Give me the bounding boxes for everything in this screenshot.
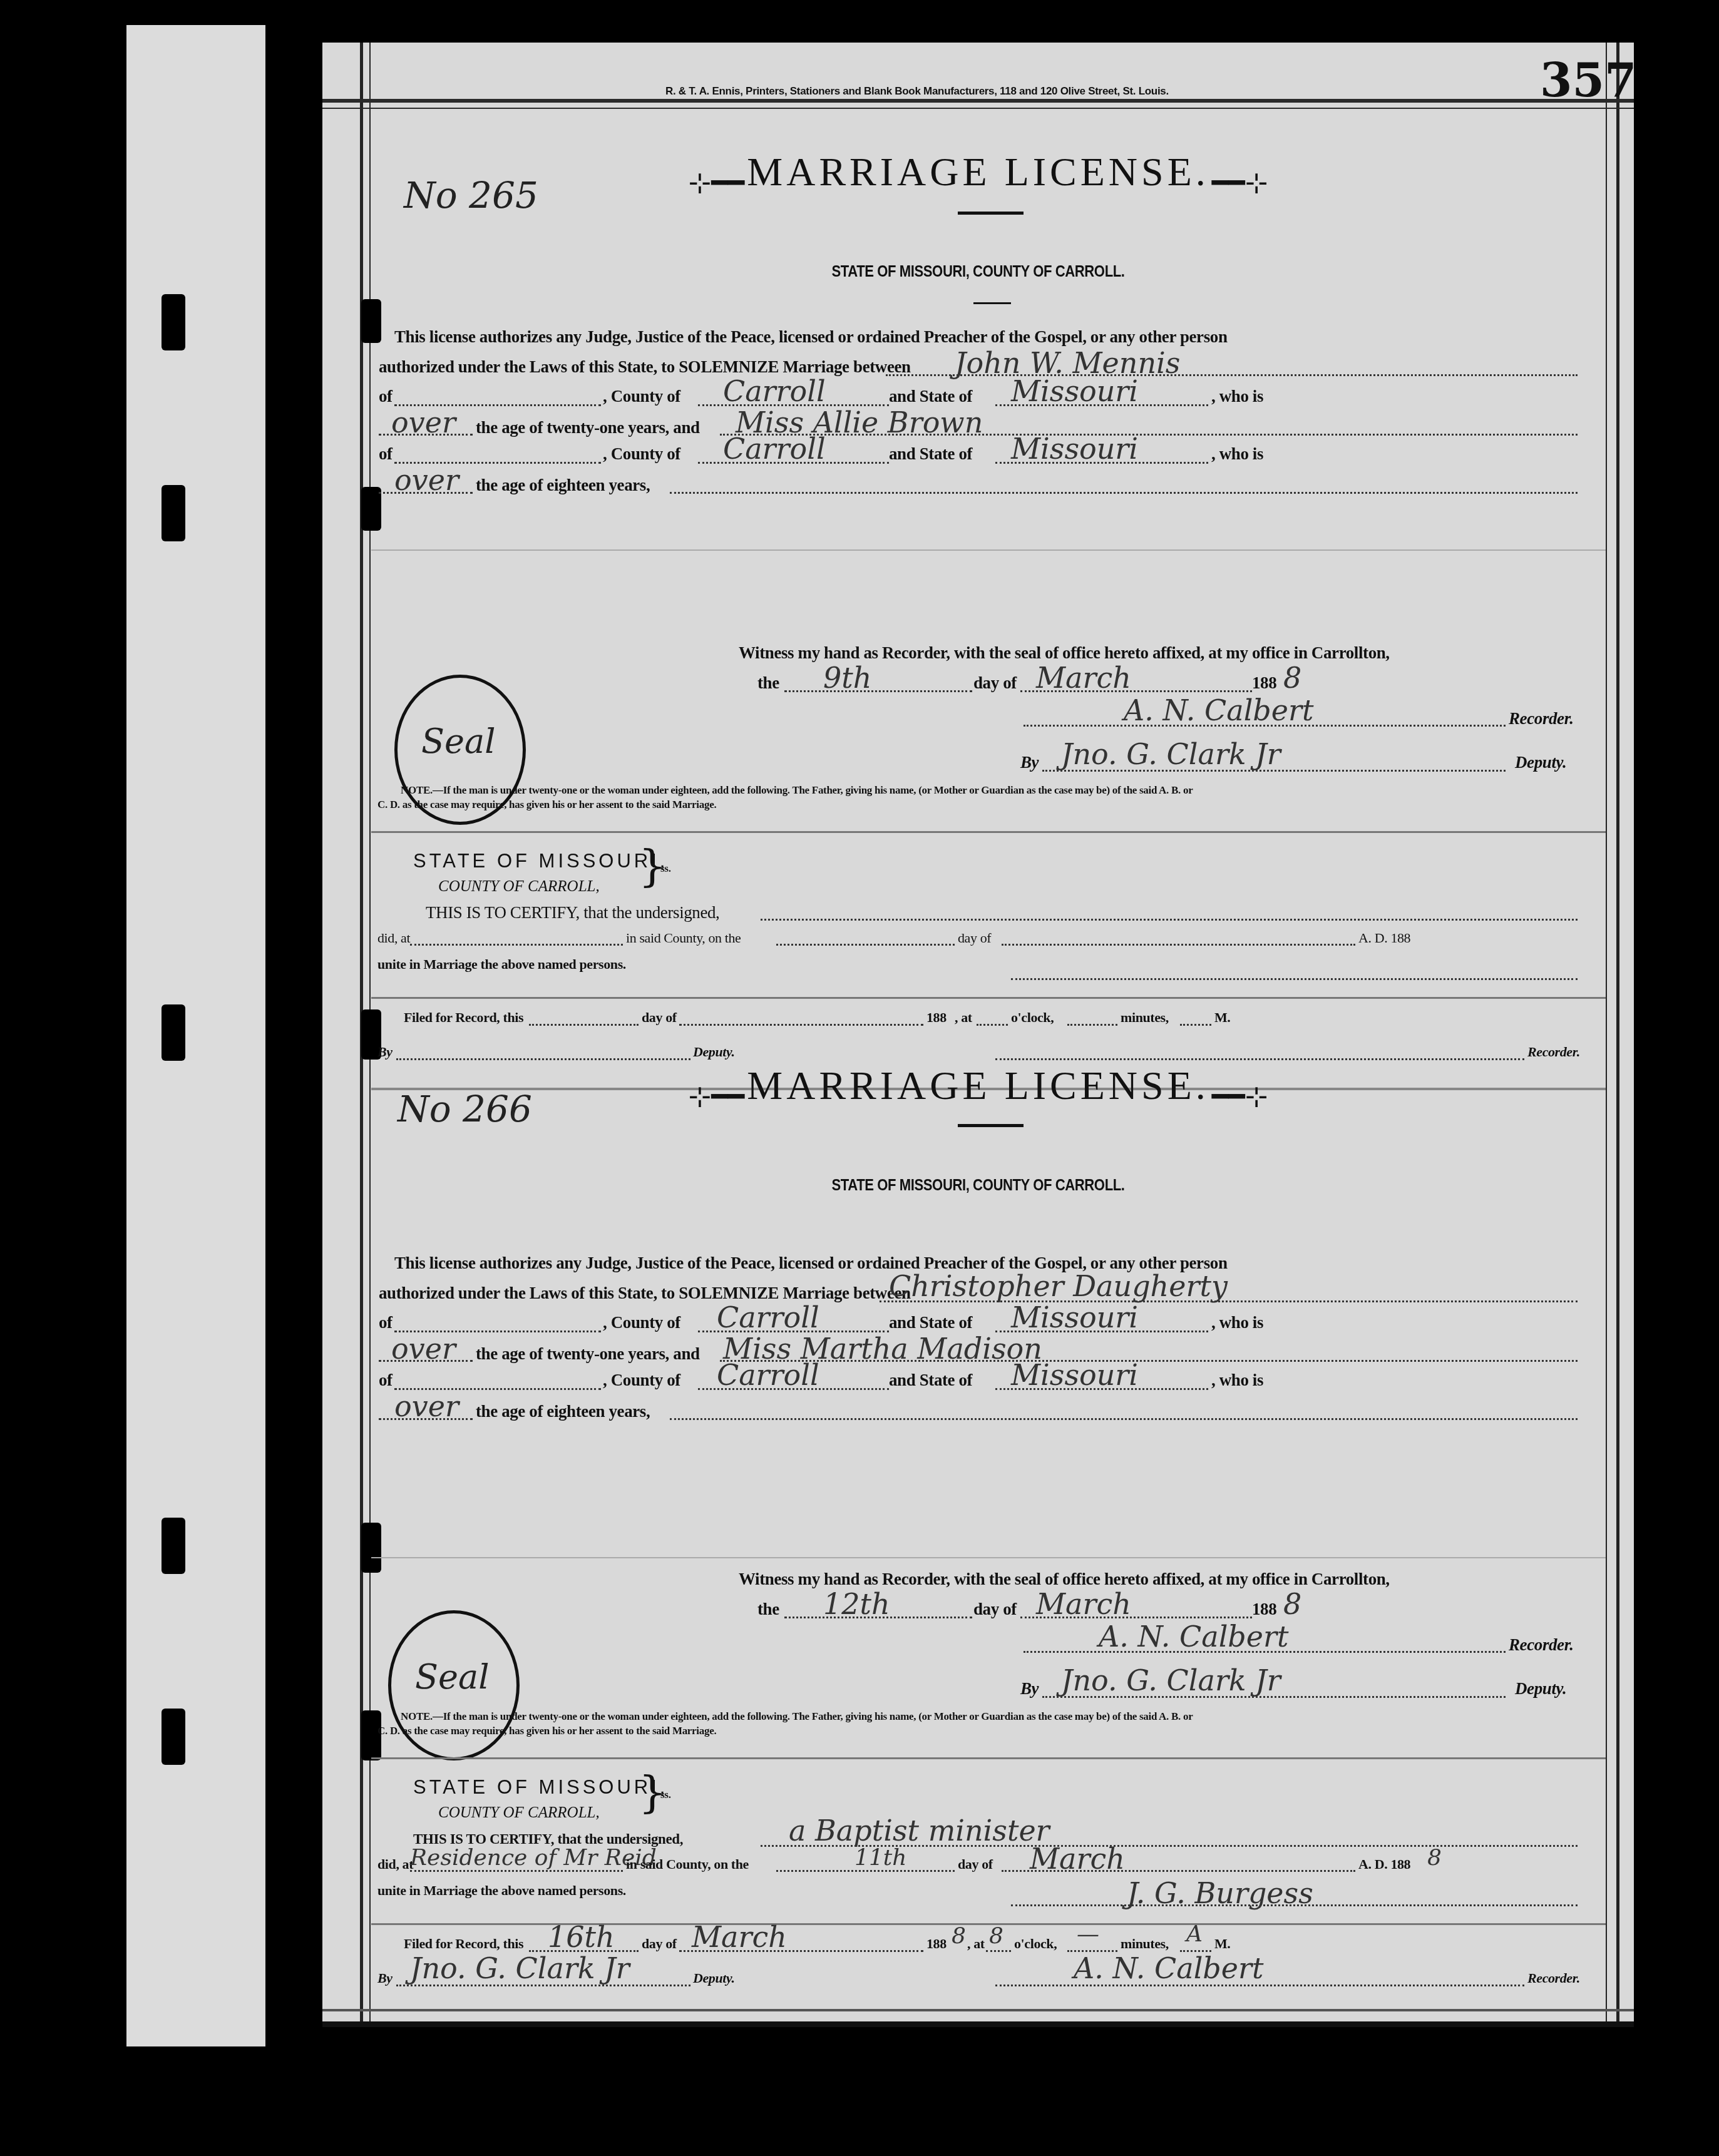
label-deputy: Deputy. — [1515, 1679, 1566, 1699]
witness-day: 9th — [823, 661, 871, 695]
certify-year: 8 — [1427, 1845, 1442, 1871]
groom-age: over — [391, 406, 456, 439]
label-day-of: day of — [958, 1856, 993, 1872]
groom-county: Carroll — [723, 374, 826, 408]
label-age-21: the age of twenty-one years, and — [476, 1344, 700, 1364]
witness-text: Witness my hand as Recorder, with the se… — [739, 643, 1390, 663]
label-who-is: , who is — [1211, 1313, 1263, 1332]
filed-month: March — [692, 1920, 787, 1954]
unite-text: unite in Marriage the above named person… — [377, 956, 626, 973]
label-who-is: , who is — [1211, 1371, 1263, 1390]
label-of: of — [379, 444, 393, 464]
label-oclock: o'clock, — [1011, 1009, 1054, 1026]
dotted-line — [410, 944, 623, 946]
dotted-line — [977, 1024, 1008, 1026]
label-at: , at — [955, 1009, 972, 1026]
ornament-icon: ━━⊹ — [1212, 168, 1268, 198]
state-heading: STATE OF MISSOURI, — [413, 850, 668, 872]
bride-age: over — [394, 463, 459, 497]
label-the: the — [757, 1600, 779, 1619]
groom-state: Missouri — [1011, 374, 1138, 408]
filed-recorder-signature: A. N. Calbert — [1074, 1951, 1264, 1985]
label-day-of: day of — [642, 1009, 677, 1026]
bride-age: over — [394, 1389, 459, 1423]
label-recorder: Recorder. — [1509, 1635, 1574, 1655]
label-by: By — [1020, 1679, 1039, 1699]
dotted-line — [1011, 978, 1578, 980]
punch-hole — [361, 1523, 381, 1573]
deputy-signature: Jno. G. Clark Jr — [1061, 737, 1281, 771]
witness-year: 8 — [1283, 661, 1301, 695]
label-of: of — [379, 387, 393, 406]
bride-county: Carroll — [723, 432, 826, 466]
witness-year: 8 — [1283, 1587, 1301, 1621]
label-age-18: the age of eighteen years, — [476, 1402, 650, 1421]
label-ad: A. D. 188 — [1358, 1856, 1410, 1872]
divider — [958, 212, 1024, 215]
section-rule — [371, 997, 1606, 999]
label-county-of: , County of — [603, 444, 680, 464]
bride-state: Missouri — [1011, 1358, 1138, 1392]
label-m: M. — [1214, 1936, 1230, 1952]
officiant-signature: J. G. Burgess — [1127, 1876, 1313, 1910]
label-of: of — [379, 1313, 393, 1332]
header-rule-thin — [322, 108, 1634, 109]
witness-text: Witness my hand as Recorder, with the se… — [739, 1570, 1390, 1589]
label-county-of: , County of — [603, 1313, 680, 1332]
dotted-line — [670, 1418, 1578, 1420]
punch-hole — [361, 299, 381, 343]
label-filed: Filed for Record, this — [404, 1009, 523, 1026]
dotted-line — [986, 1950, 1011, 1952]
label-recorder: Recorder. — [1509, 709, 1574, 728]
footer-rule — [322, 2009, 1634, 2011]
label-day-of: day of — [973, 1600, 1017, 1619]
label-minutes: minutes, — [1121, 1936, 1169, 1952]
license-subtitle: STATE OF MISSOURI, COUNTY OF CARROLL. — [421, 1175, 1536, 1195]
section-rule — [371, 831, 1606, 833]
bride-state: Missouri — [1011, 432, 1138, 466]
intro-text: This license authorizes any Judge, Justi… — [394, 327, 1228, 347]
punch-hole — [162, 1518, 185, 1574]
county-heading: COUNTY OF CARROLL, — [438, 878, 600, 896]
label-year: 188 — [1252, 1600, 1276, 1619]
recorder-signature: A. N. Calbert — [1124, 693, 1314, 727]
label-county-of: , County of — [603, 387, 680, 406]
faint-rule — [371, 549, 1606, 551]
authorized-text: authorized under the Laws of this State,… — [379, 1284, 911, 1303]
label-state-of: and State of — [889, 387, 972, 406]
label-by: By — [377, 1970, 393, 1986]
dotted-line — [1180, 1024, 1211, 1026]
label-by: By — [1020, 753, 1039, 772]
dotted-line — [1067, 1024, 1117, 1026]
label-year: 188 — [1252, 673, 1276, 693]
label-day-of: day of — [973, 673, 1017, 693]
ledger-page: R. & T. A. Ennis, Printers, Stationers a… — [322, 43, 1634, 2025]
certify-text: THIS IS TO CERTIFY, that the undersigned… — [426, 903, 719, 922]
license-title: ⊹━━ MARRIAGE LICENSE. ━━⊹ — [322, 1063, 1634, 1113]
dotted-line — [995, 1058, 1524, 1060]
filed-ampm: A — [1186, 1921, 1203, 1947]
certify-month: March — [1030, 1842, 1125, 1876]
punch-hole — [162, 1709, 185, 1765]
label-by: By — [377, 1044, 393, 1060]
label-who-is: , who is — [1211, 387, 1263, 406]
filed-hour: 8 — [989, 1923, 1003, 1949]
note-line-1: NOTE.—If the man is under twenty-one or … — [401, 1710, 1193, 1723]
seal-text: Seal — [415, 1657, 489, 1697]
label-deputy: Deputy. — [1515, 753, 1566, 772]
printer-imprint: R. & T. A. Ennis, Printers, Stationers a… — [665, 85, 1169, 98]
label-filed: Filed for Record, this — [404, 1936, 523, 1952]
seal-text: Seal — [421, 722, 495, 761]
label-state-of: and State of — [889, 444, 972, 464]
authorized-text: authorized under the Laws of this State,… — [379, 357, 911, 377]
certify-officiant-title: a Baptist minister — [789, 1814, 1050, 1847]
label-state-of: and State of — [889, 1313, 972, 1332]
county-heading: COUNTY OF CARROLL, — [438, 1804, 600, 1822]
label-age-18: the age of eighteen years, — [476, 476, 650, 495]
divider — [958, 1124, 1024, 1127]
witness-month: March — [1036, 1587, 1131, 1621]
label-did-at: did, at — [377, 930, 410, 946]
label-year: 188 — [926, 1936, 947, 1952]
note-line-1: NOTE.—If the man is under twenty-one or … — [401, 784, 1193, 797]
faint-rule — [371, 1557, 1606, 1558]
divider — [973, 302, 1011, 304]
label-deputy: Deputy. — [693, 1970, 735, 1986]
dotted-line — [396, 1058, 690, 1060]
label-day-of: day of — [642, 1936, 677, 1952]
label-oclock: o'clock, — [1014, 1936, 1057, 1952]
label-recorder: Recorder. — [1527, 1044, 1580, 1060]
bride-county: Carroll — [717, 1358, 819, 1392]
certify-day: 11th — [854, 1845, 906, 1871]
recorder-signature: A. N. Calbert — [1099, 1620, 1289, 1653]
filed-day: 16th — [548, 1920, 615, 1954]
film-strip — [126, 25, 265, 2046]
margin-line-right — [1616, 43, 1619, 2025]
label-year: 188 — [926, 1009, 947, 1026]
punch-hole — [162, 485, 185, 541]
label-day-of: day of — [958, 930, 991, 946]
groom-name: Christopher Daugherty — [889, 1269, 1228, 1303]
ornament-icon: ⊹━━ — [688, 1081, 744, 1112]
witness-month: March — [1036, 661, 1131, 695]
ornament-icon: ━━⊹ — [1212, 1081, 1268, 1112]
dotted-line — [1002, 944, 1355, 946]
label-did-at: did, at — [377, 1856, 413, 1872]
seal: Seal — [388, 1610, 520, 1760]
label-of: of — [379, 1371, 393, 1390]
note-line-2: C. D. as the case may require, has given… — [377, 1725, 716, 1737]
label-in-county: in said County, on the — [626, 1856, 749, 1872]
note-line-2: C. D. as the case may require, has given… — [377, 799, 716, 811]
filed-minutes: — — [1077, 1921, 1099, 1947]
dotted-line — [761, 919, 1578, 921]
label-recorder: Recorder. — [1527, 1970, 1580, 1986]
header-rule — [322, 99, 1634, 103]
label-ss: ss. — [660, 1789, 671, 1801]
label-the: the — [757, 673, 779, 693]
label-m: M. — [1214, 1009, 1230, 1026]
groom-age: over — [391, 1332, 456, 1366]
label-minutes: minutes, — [1121, 1009, 1169, 1026]
ornament-icon: ⊹━━ — [688, 168, 744, 198]
dotted-line — [670, 492, 1578, 494]
section-rule — [371, 1757, 1606, 1759]
label-at: , at — [967, 1936, 985, 1952]
filed-deputy-signature: Jno. G. Clark Jr — [410, 1951, 630, 1985]
label-deputy: Deputy. — [693, 1044, 735, 1060]
dotted-line — [776, 944, 955, 946]
dotted-line — [529, 1024, 639, 1026]
label-ad: A. D. 188 — [1358, 930, 1410, 946]
label-county-of: , County of — [603, 1371, 680, 1390]
punch-hole — [162, 294, 185, 350]
dotted-line — [784, 690, 972, 692]
label-who-is: , who is — [1211, 444, 1263, 464]
label-in-county: in said County, on the — [626, 930, 741, 946]
witness-day: 12th — [823, 1587, 890, 1621]
punch-hole — [162, 1004, 185, 1061]
certify-place: Residence of Mr Reid — [410, 1845, 657, 1871]
license-subtitle: STATE OF MISSOURI, COUNTY OF CARROLL. — [421, 262, 1536, 281]
license-title: ⊹━━ MARRIAGE LICENSE. ━━⊹ — [322, 149, 1634, 199]
label-state-of: and State of — [889, 1371, 972, 1390]
margin-line-right-thin — [1606, 43, 1607, 2025]
state-heading: STATE OF MISSOURI, — [413, 1776, 668, 1799]
label-ss: ss. — [660, 862, 671, 875]
unite-text: unite in Marriage the above named person… — [377, 1883, 626, 1899]
deputy-signature: Jno. G. Clark Jr — [1061, 1663, 1281, 1697]
page-number: 357 — [1540, 54, 1636, 108]
dotted-line — [679, 1024, 923, 1026]
footer-rule-thick — [322, 2021, 1634, 2027]
groom-state: Missouri — [1011, 1300, 1138, 1334]
label-age-21: the age of twenty-one years, and — [476, 418, 700, 437]
filed-year: 8 — [952, 1923, 966, 1949]
groom-county: Carroll — [717, 1300, 819, 1334]
